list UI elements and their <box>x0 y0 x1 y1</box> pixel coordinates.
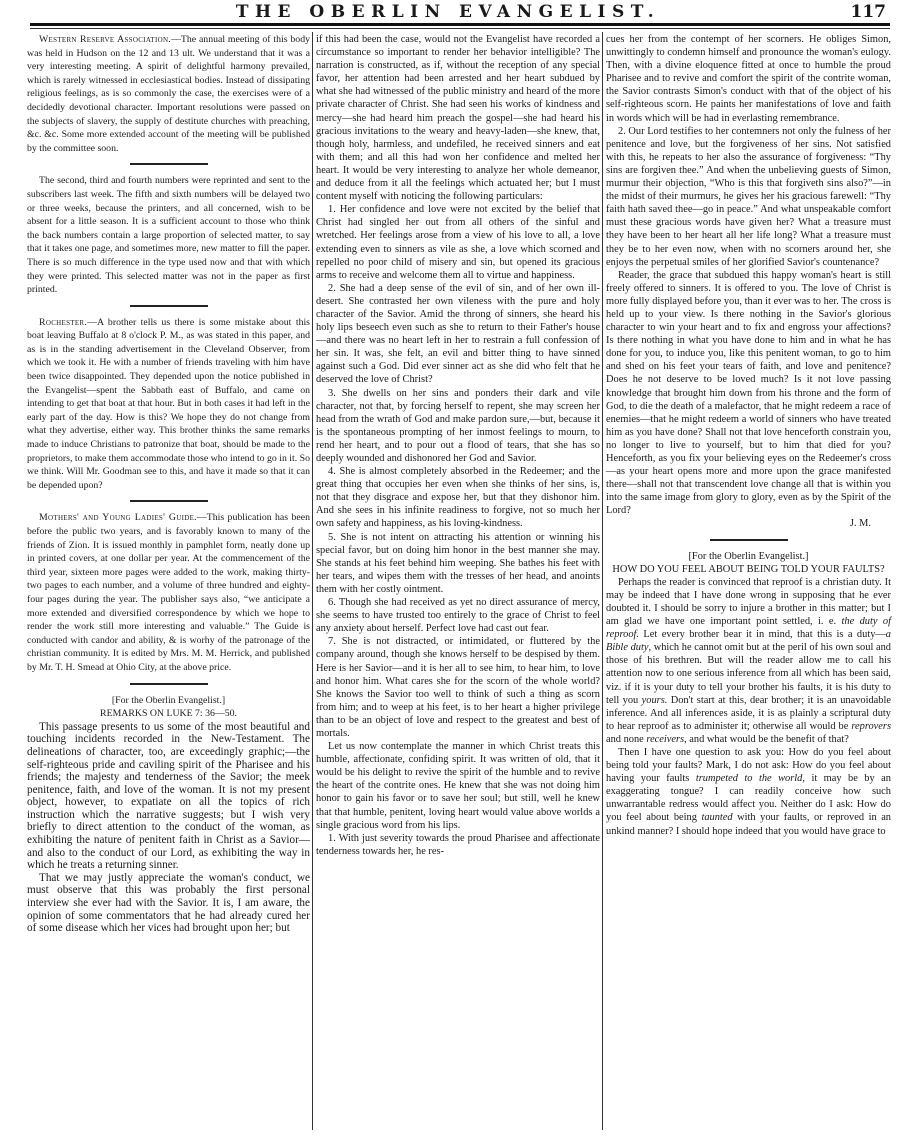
column-3: cues her from the contempt of her scorne… <box>606 33 891 838</box>
mothers-guide-item: Mothers' and Young Ladies' Guide.—This p… <box>27 511 310 674</box>
item-heading: Western Reserve Association. <box>39 34 171 45</box>
text-run: , and what would be the benefit of that? <box>684 734 849 745</box>
article-paragraph: Reader, the grace that subdued this happ… <box>606 269 891 518</box>
article-credit: [For the Oberlin Evangelist.] <box>606 550 891 563</box>
separator-rule <box>130 683 208 685</box>
western-reserve-item: Western Reserve Association.—The annual … <box>27 33 310 155</box>
masthead: THE OBERLIN EVANGELIST. 117 <box>0 0 900 20</box>
article-credit: [For the Oberlin Evangelist.] <box>27 694 310 708</box>
article-paragraph: That we may justly appreciate the woman'… <box>27 872 310 935</box>
numbered-point: 4. She is almost completely absorbed in … <box>316 465 600 530</box>
newspaper-page: THE OBERLIN EVANGELIST. 117 Western Rese… <box>0 0 900 1145</box>
italic-phrase: taunted <box>701 812 732 823</box>
article-paragraph: cues her from the contempt of her scorne… <box>606 33 891 125</box>
separator-rule <box>710 539 788 541</box>
article-paragraph: Perhaps the reader is convinced that rep… <box>606 576 891 746</box>
rochester-item: Rochester.—A brother tells us there is s… <box>27 316 310 493</box>
separator-rule <box>130 305 208 307</box>
separator-rule <box>130 500 208 502</box>
numbered-point: 5. She is not intent on attracting his a… <box>316 531 600 596</box>
item-heading: Rochester. <box>39 317 87 328</box>
article-paragraph: Then I have one question to ask you: How… <box>606 746 891 838</box>
numbered-point: 2. She had a deep sense of the evil of s… <box>316 282 600 387</box>
numbered-point: 1. Her confidence and love were not exci… <box>316 203 600 282</box>
column-2: if this had been the case, would not the… <box>316 33 600 858</box>
item-heading: Mothers' and Young Ladies' Guide. <box>39 512 197 523</box>
separator-rule <box>130 163 208 165</box>
masthead-rule-thin <box>30 28 890 29</box>
numbered-point: 6. Though she had received as yet no dir… <box>316 596 600 635</box>
article-paragraph: Let us now contemplate the manner in whi… <box>316 740 600 832</box>
masthead-rule <box>30 23 890 26</box>
newspaper-title: THE OBERLIN EVANGELIST. <box>138 2 758 22</box>
text-run: and none <box>606 734 646 745</box>
article-title: REMARKS ON LUKE 7: 36—50. <box>27 707 310 721</box>
numbered-point: 7. She is not distracted, or intimidated… <box>316 635 600 740</box>
author-signature: J. M. <box>606 517 891 530</box>
numbered-point: 3. She dwells on her sins and ponders th… <box>316 387 600 466</box>
item-body: —A brother tells us there is some mistak… <box>27 317 310 491</box>
italic-phrase: receivers <box>646 734 684 745</box>
article-title: HOW DO YOU FEEL ABOUT BEING TOLD YOUR FA… <box>606 563 891 576</box>
article-paragraph: This passage presents to us some of the … <box>27 721 310 872</box>
item-body: —The annual meeting of this body was hel… <box>27 34 310 154</box>
column-divider <box>602 32 603 1130</box>
italic-phrase: reprovers <box>851 721 891 732</box>
page-number: 117 <box>851 2 887 22</box>
italic-phrase: yours. <box>642 695 668 706</box>
numbered-point: 1. With just severity towards the proud … <box>316 832 600 858</box>
numbered-point: 2. Our Lord testifies to her contemners … <box>606 125 891 269</box>
text-run: Let every brother bear it in mind, that … <box>639 629 886 640</box>
item-body: —This publication has been before the pu… <box>27 512 310 673</box>
column-divider <box>312 32 313 1130</box>
reprint-notice: The second, third and fourth numbers wer… <box>27 174 310 296</box>
column-1: Western Reserve Association.—The annual … <box>27 33 310 935</box>
italic-phrase: trumpeted to the world <box>696 773 803 784</box>
article-paragraph: if this had been the case, would not the… <box>316 33 600 203</box>
